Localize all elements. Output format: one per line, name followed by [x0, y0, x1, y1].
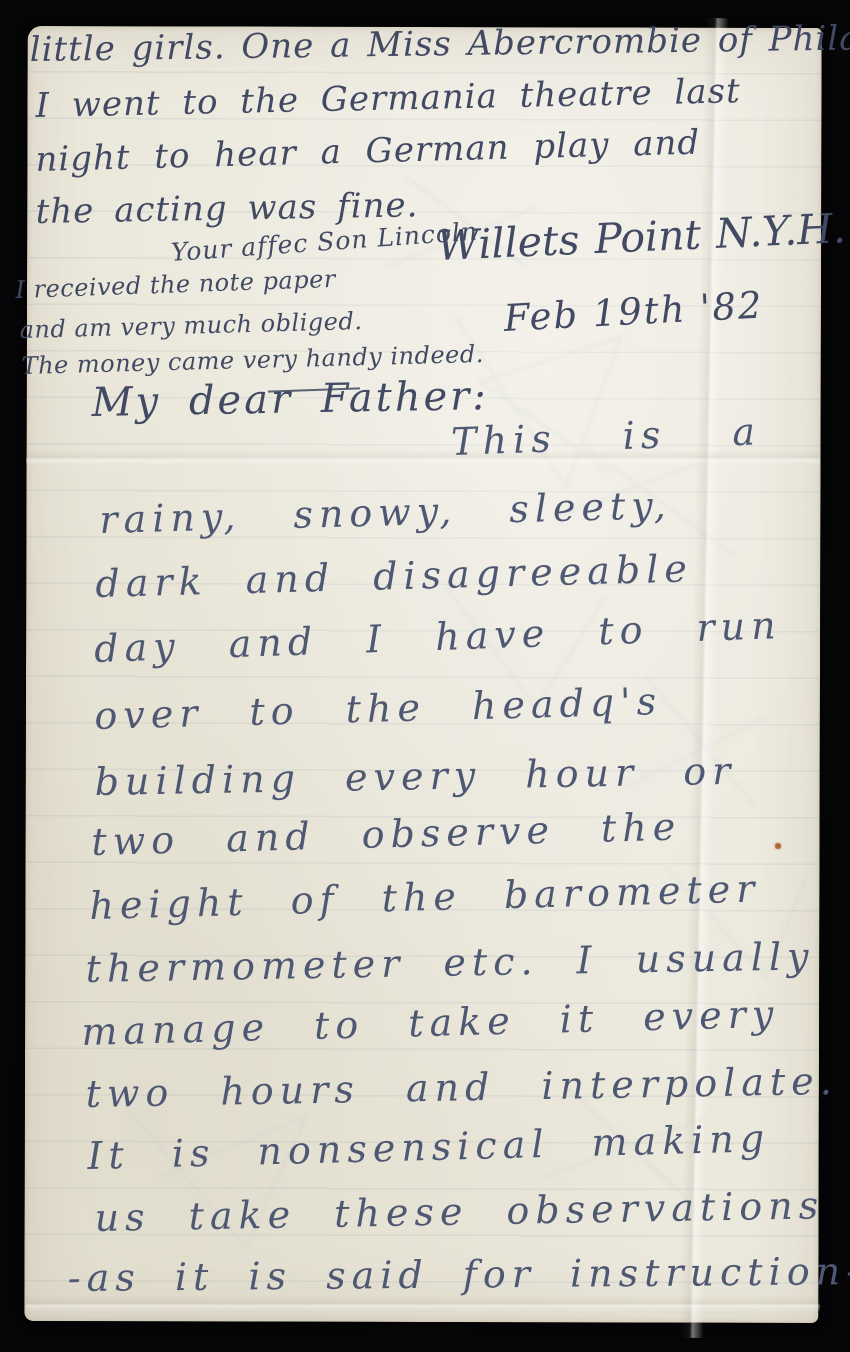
salutation: My dear Father: — [91, 373, 489, 426]
rust-spot — [775, 843, 781, 849]
scan-background: little girls. One a Miss Abercrombie of … — [0, 0, 850, 1352]
body-line-14: -as it is said for instruction- — [68, 1249, 850, 1300]
